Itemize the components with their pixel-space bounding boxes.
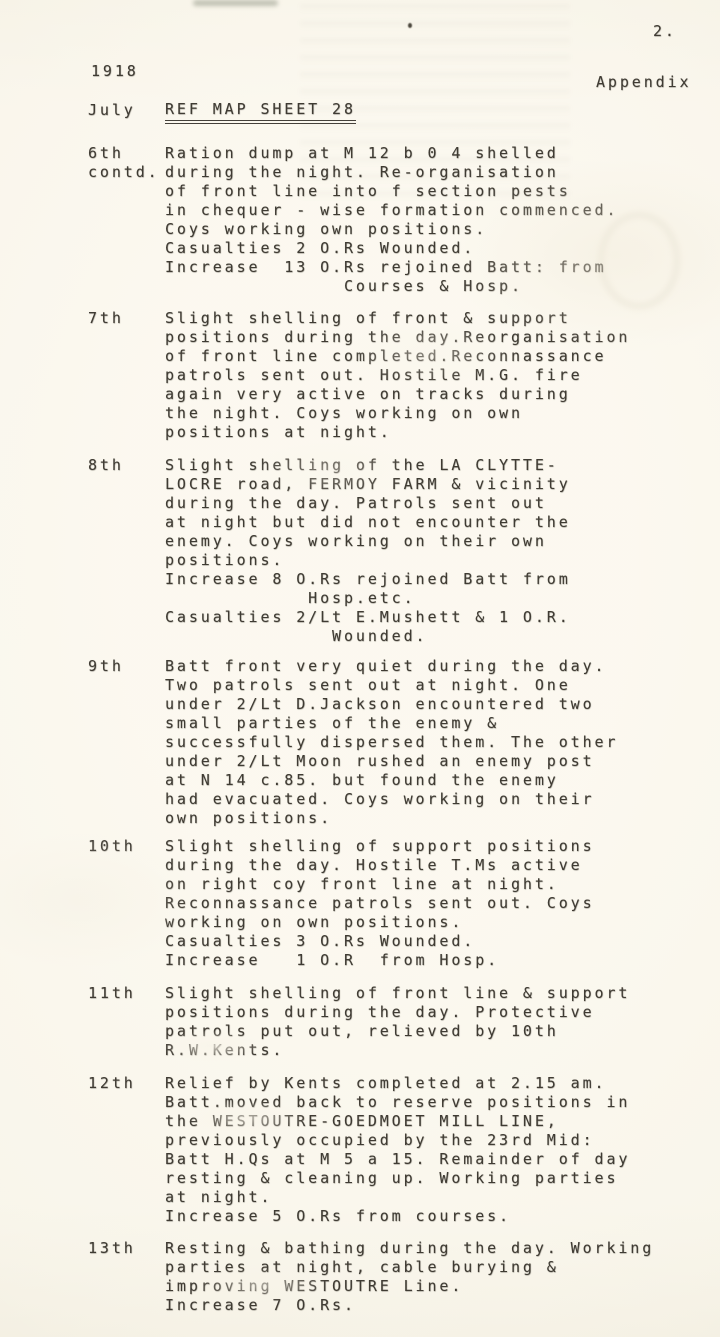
year-label: 1918 (91, 62, 139, 81)
month-label: July (88, 101, 136, 120)
entry-day-label: 12th (88, 1074, 165, 1093)
document-page: 2. 1918 Appendix July REF MAP SHEET 28 6… (0, 0, 720, 1337)
diary-entry-11th: 11th Slight shelling of front line & sup… (88, 984, 698, 1060)
diary-entry-7th: 7th Slight shelling of front & support p… (88, 309, 698, 442)
entry-day-label: 7th (88, 309, 165, 328)
entry-body-text: Slight shelling of front line & support … (165, 984, 698, 1060)
scan-smudge (193, 0, 278, 6)
entry-body-text: Ration dump at M 12 b 0 4 shelled during… (165, 144, 698, 296)
entry-body-text: Slight shelling of support positions dur… (165, 837, 698, 970)
entry-body-text: Batt front very quiet during the day. Tw… (165, 657, 698, 828)
diary-entry-8th: 8th Slight shelling of the LA CLYTTE- LO… (88, 456, 698, 646)
diary-entry-10th: 10th Slight shelling of support position… (88, 837, 698, 970)
entry-body-text: Relief by Kents completed at 2.15 am. Ba… (165, 1074, 698, 1226)
entry-body-text: Slight shelling of the LA CLYTTE- LOCRE … (165, 456, 698, 646)
page-number: 2. (653, 22, 677, 41)
entry-day-label: 6th contd. (88, 144, 165, 182)
diary-entry-6th-contd: 6th contd. Ration dump at M 12 b 0 4 she… (88, 144, 698, 296)
entry-day-label: 8th (88, 456, 165, 475)
entry-day-label: 9th (88, 657, 165, 676)
entry-day-label: 10th (88, 837, 165, 856)
entry-day-label: 11th (88, 984, 165, 1003)
diary-entries: 6th contd. Ration dump at M 12 b 0 4 she… (88, 144, 698, 1315)
entry-body-text: Slight shelling of front & support posit… (165, 309, 698, 442)
diary-entry-9th: 9th Batt front very quiet during the day… (88, 657, 698, 828)
diary-entry-12th: 12th Relief by Kents completed at 2.15 a… (88, 1074, 698, 1226)
diary-entry-13th: 13th Resting & bathing during the day. W… (88, 1239, 698, 1315)
map-sheet-heading: REF MAP SHEET 28 (165, 100, 356, 124)
entry-day-label: 13th (88, 1239, 165, 1258)
entry-body-text: Resting & bathing during the day. Workin… (165, 1239, 698, 1315)
appendix-label: Appendix (596, 73, 691, 92)
